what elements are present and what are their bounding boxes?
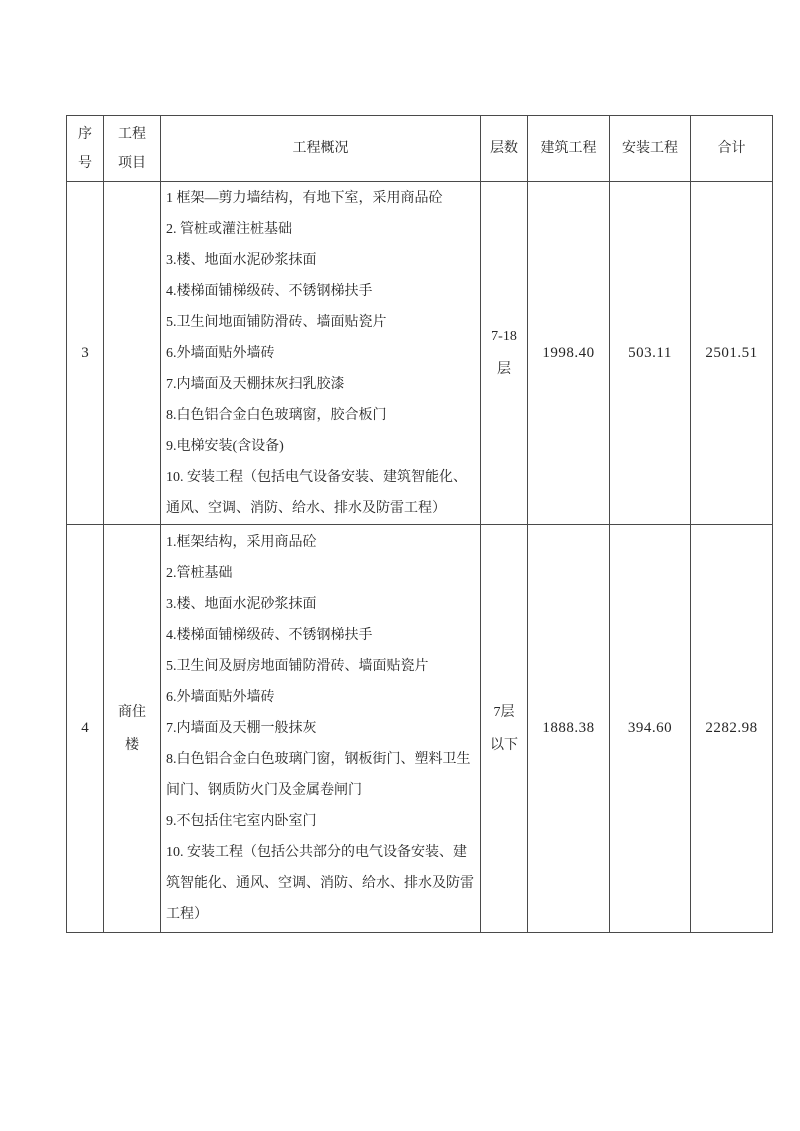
overview-lines: 1.框架结构，采用商品砼2.管桩基础3.楼、地面水泥砂浆抹面4.楼梯面铺梯级砖、… [166,527,478,930]
header-total: 合计 [691,116,773,182]
cell-construction-amount: 1998.40 [528,182,610,525]
header-row: 序号 工程项目 工程概况 层数 建筑工程 安装工程 合计 [67,116,773,182]
header-installation-works: 安装工程 [610,116,691,182]
overview-lines: 1 框架—剪力墙结构，有地下室，采用商品砼2. 管桩或灌注桩基础3.楼、地面水泥… [166,183,478,524]
overview-line: 3.楼、地面水泥砂浆抹面 [166,245,478,276]
floors-line: 7-18 [481,320,527,353]
overview-line: 5.卫生间地面铺防滑砖、墙面贴瓷片 [166,307,478,338]
table-body: 3 1 框架—剪力墙结构，有地下室，采用商品砼2. 管桩或灌注桩基础3.楼、地面… [67,182,773,933]
floors-line: 以下 [481,729,527,762]
floors-line: 7层 [481,696,527,729]
floors-lines: 7-18层 [481,320,527,386]
overview-line: 间门、钢质防火门及金属卷闸门 [166,775,478,806]
floors-lines: 7层以下 [481,696,527,762]
header-project-overview-label: 工程概况 [293,134,349,163]
overview-line: 7.内墙面及天棚一般抹灰 [166,713,478,744]
header-project-item-label: 工程项目 [116,120,148,178]
header-installation-works-label: 安装工程 [622,134,678,163]
overview-line: 4.楼梯面铺梯级砖、不锈钢梯扶手 [166,620,478,651]
header-construction-works-label: 建筑工程 [541,134,597,163]
cell-total-amount: 2282.98 [691,525,773,933]
overview-line: 3.楼、地面水泥砂浆抹面 [166,589,478,620]
header-floors-label: 层数 [490,134,518,163]
cell-project-item [104,182,161,525]
overview-line: 8.白色铝合金白色玻璃窗，胶合板门 [166,400,478,431]
overview-line: 通风、空调、消防、给水、排水及防雷工程） [166,493,478,524]
overview-line: 2. 管桩或灌注桩基础 [166,214,478,245]
overview-line: 7.内墙面及天棚抹灰扫乳胶漆 [166,369,478,400]
header-serial-number: 序号 [67,116,104,182]
overview-line: 工程） [166,899,478,930]
overview-line: 筑智能化、通风、空调、消防、给水、排水及防雷 [166,868,478,899]
overview-line: 6.外墙面贴外墙砖 [166,682,478,713]
cell-serial-number: 4 [67,525,104,933]
cell-project-overview: 1.框架结构，采用商品砼2.管桩基础3.楼、地面水泥砂浆抹面4.楼梯面铺梯级砖、… [161,525,481,933]
overview-line: 8.白色铝合金白色玻璃门窗，钢板街门、塑料卫生 [166,744,478,775]
cell-construction-amount: 1888.38 [528,525,610,933]
overview-line: 5.卫生间及厨房地面铺防滑砖、墙面贴瓷片 [166,651,478,682]
cell-installation-amount: 503.11 [610,182,691,525]
header-project-overview: 工程概况 [161,116,481,182]
cell-floors: 7-18层 [481,182,528,525]
table-header: 序号 工程项目 工程概况 层数 建筑工程 安装工程 合计 [67,116,773,182]
overview-line: 1 框架—剪力墙结构，有地下室，采用商品砼 [166,183,478,214]
cell-installation-amount: 394.60 [610,525,691,933]
cell-serial-number: 3 [67,182,104,525]
header-serial-number-label: 序号 [77,120,93,178]
cell-total-amount: 2501.51 [691,182,773,525]
table-row-4: 4 商住楼 1.框架结构，采用商品砼2.管桩基础3.楼、地面水泥砂浆抹面4.楼梯… [67,525,773,933]
overview-line: 10. 安装工程（包括公共部分的电气设备安装、建 [166,837,478,868]
cell-project-overview: 1 框架—剪力墙结构，有地下室，采用商品砼2. 管桩或灌注桩基础3.楼、地面水泥… [161,182,481,525]
project-item-label: 商住楼 [116,696,148,762]
overview-line: 9.不包括住宅室内卧室门 [166,806,478,837]
floors-line: 层 [481,353,527,386]
document-page: 序号 工程项目 工程概况 层数 建筑工程 安装工程 合计 3 1 框架—剪力墙结… [0,0,800,1131]
cell-project-item: 商住楼 [104,525,161,933]
overview-line: 1.框架结构，采用商品砼 [166,527,478,558]
overview-line: 6.外墙面贴外墙砖 [166,338,478,369]
overview-line: 9.电梯安装(含设备) [166,431,478,462]
header-floors: 层数 [481,116,528,182]
overview-line: 4.楼梯面铺梯级砖、不锈钢梯扶手 [166,276,478,307]
overview-line: 10. 安装工程（包括电气设备安装、建筑智能化、 [166,462,478,493]
overview-line: 2.管桩基础 [166,558,478,589]
cell-floors: 7层以下 [481,525,528,933]
header-project-item: 工程项目 [104,116,161,182]
project-cost-table: 序号 工程项目 工程概况 层数 建筑工程 安装工程 合计 3 1 框架—剪力墙结… [66,115,773,933]
header-total-label: 合计 [718,134,746,163]
header-construction-works: 建筑工程 [528,116,610,182]
table-row-3: 3 1 框架—剪力墙结构，有地下室，采用商品砼2. 管桩或灌注桩基础3.楼、地面… [67,182,773,525]
